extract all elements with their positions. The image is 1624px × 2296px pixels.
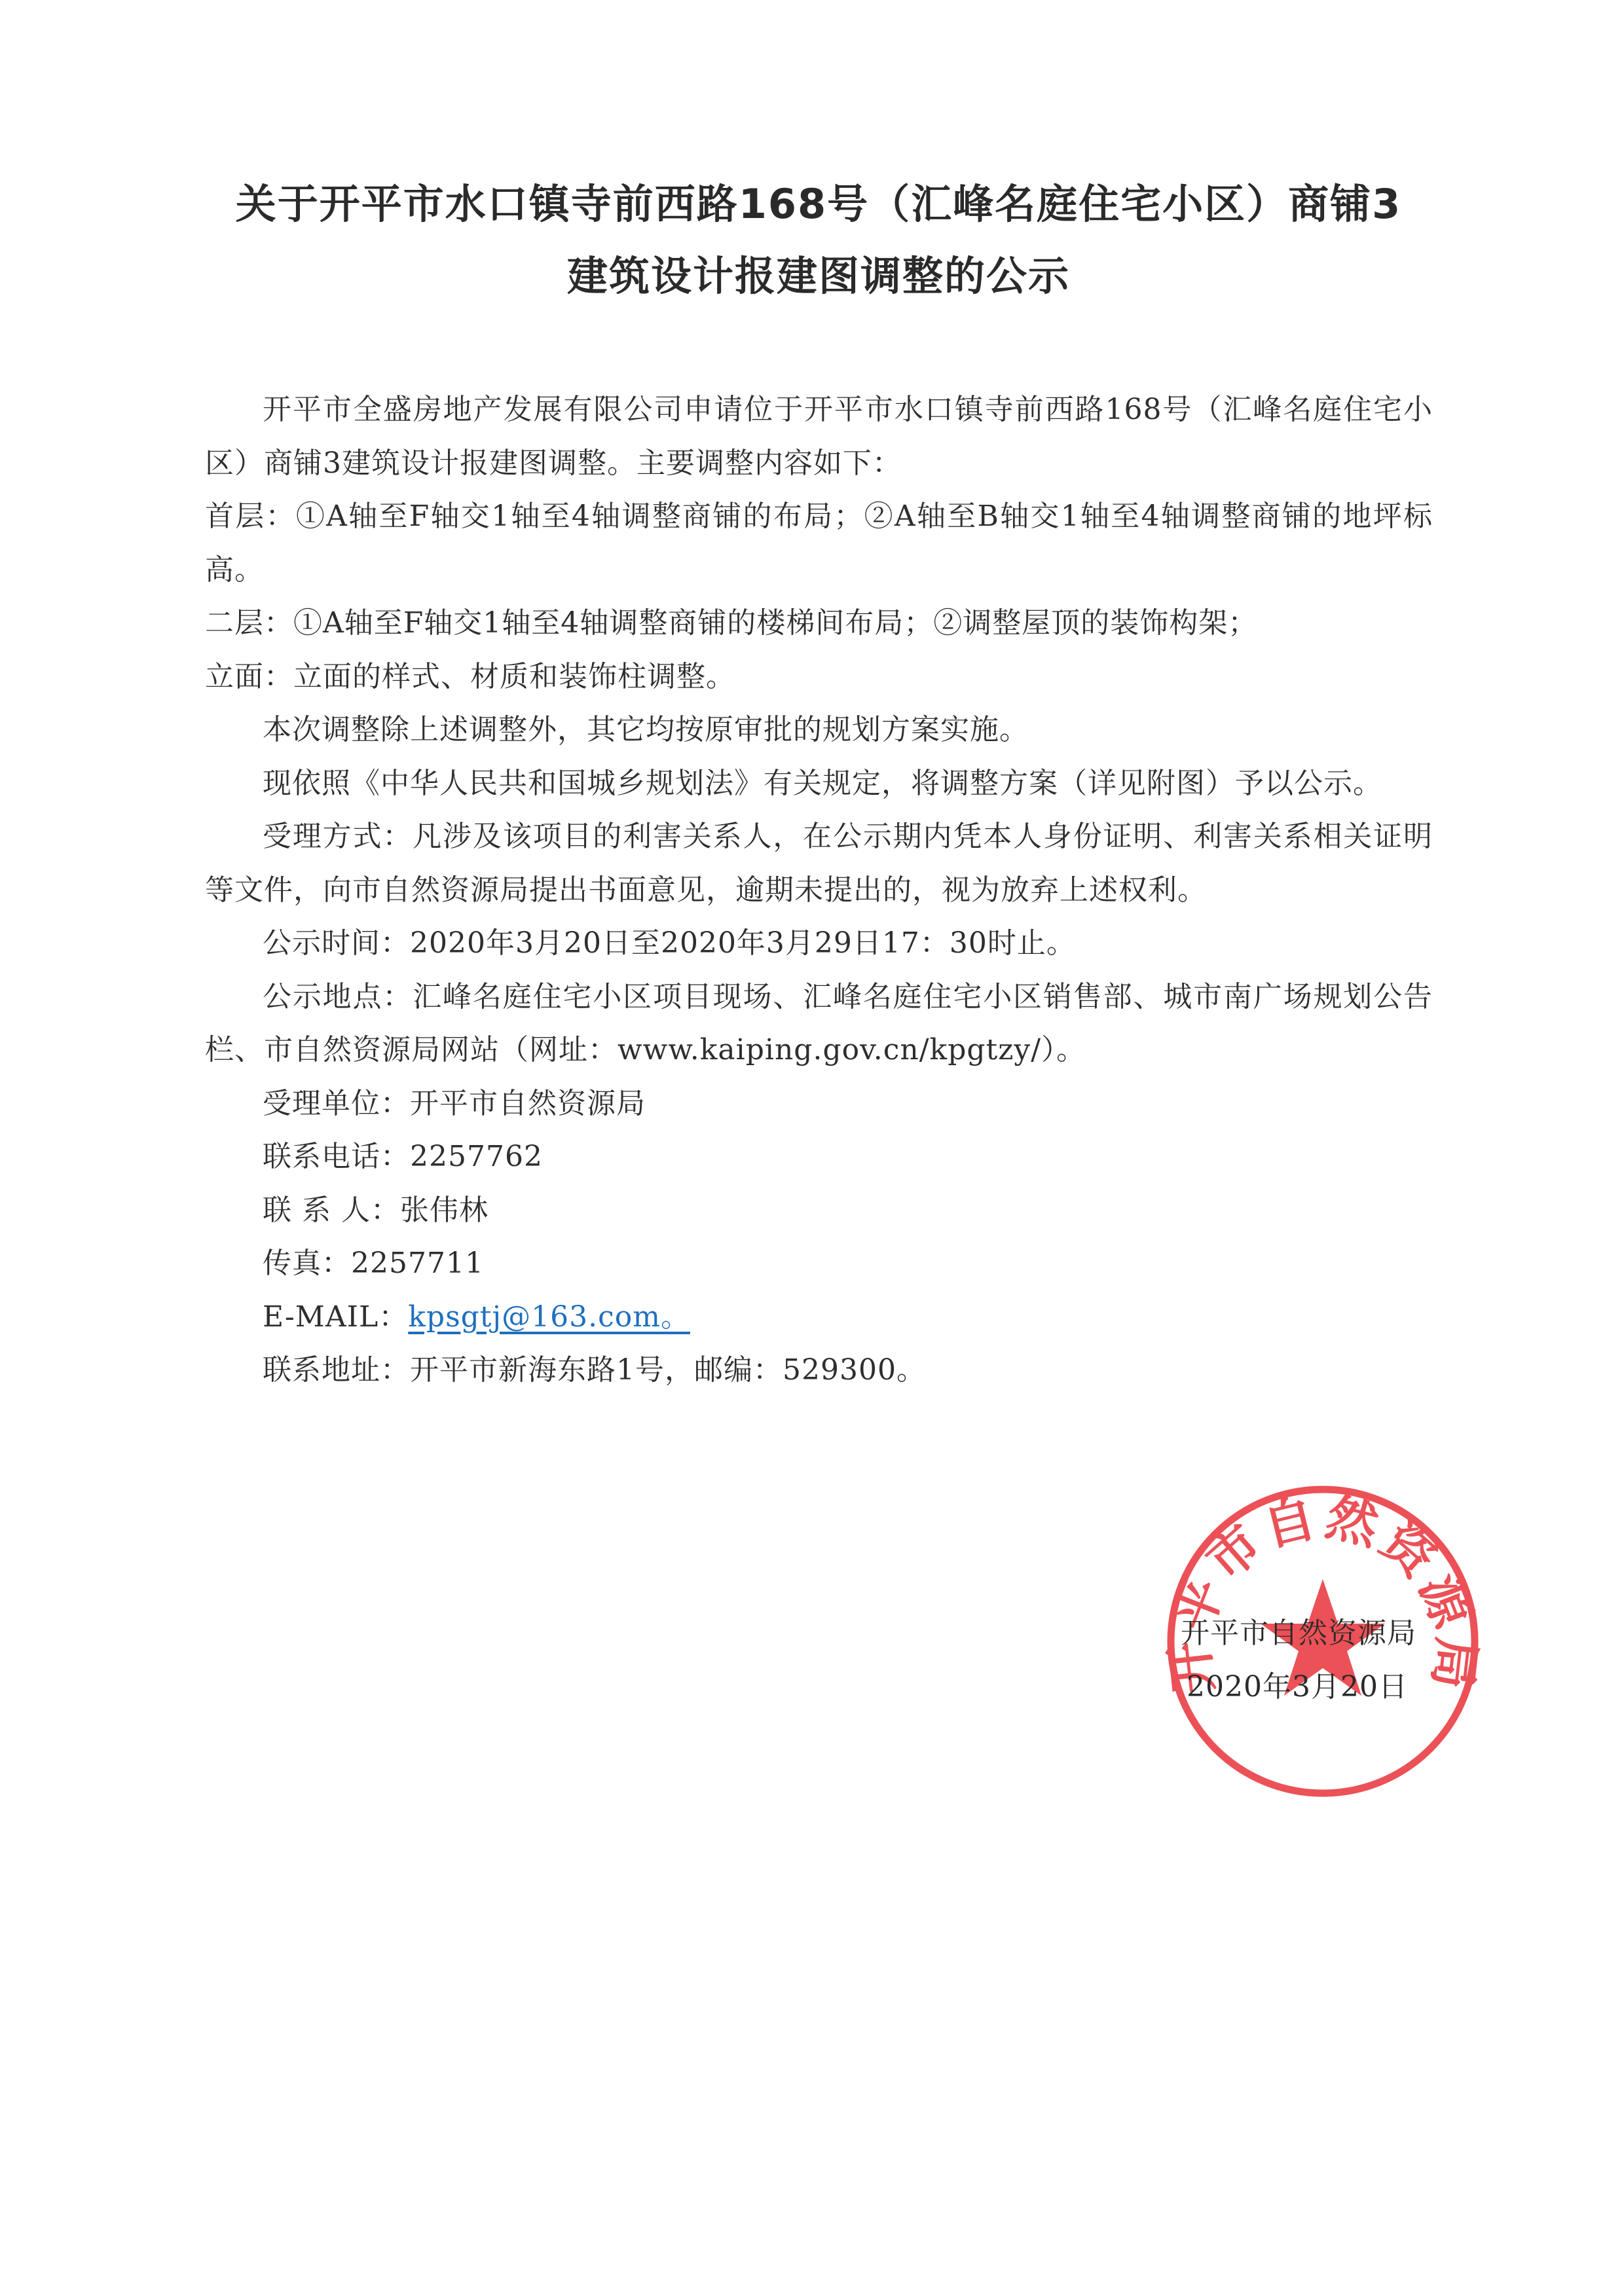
document-page: 关于开平市水口镇寺前西路168号（汇峰名庭住宅小区）商铺3 建筑设计报建图调整的… [0, 0, 1624, 2296]
paragraph-other: 本次调整除上述调整外，其它均按原审批的规划方案实施。 [205, 703, 1433, 757]
document-body: 开平市全盛房地产发展有限公司申请位于开平市水口镇寺前西路168号（汇峰名庭住宅小… [205, 383, 1433, 1397]
email-link[interactable]: kpsgtj@163.com。 [408, 1300, 690, 1334]
signature-date: 2020年3月20日 [1187, 1663, 1408, 1705]
document-title-line2: 建筑设计报建图调整的公示 [196, 244, 1441, 302]
paragraph-location: 公示地点：汇峰名庭住宅小区项目现场、汇峰名庭住宅小区销售部、城市南广场规划公告栏… [205, 970, 1433, 1077]
email-label: E-MAIL： [263, 1300, 408, 1334]
contact-person: 联 系 人：张伟林 [205, 1184, 1433, 1237]
document-title-line1: 关于开平市水口镇寺前西路168号（汇峰名庭住宅小区）商铺3 [196, 172, 1441, 230]
paragraph-intro: 开平市全盛房地产发展有限公司申请位于开平市水口镇寺前西路168号（汇峰名庭住宅小… [205, 383, 1433, 490]
paragraph-first-floor: 首层：①A轴至F轴交1轴至4轴调整商铺的布局；②A轴至B轴交1轴至4轴调整商铺的… [205, 490, 1433, 596]
paragraph-law: 现依照《中华人民共和国城乡规划法》有关规定，将调整方案（详见附图）予以公示。 [205, 757, 1433, 811]
paragraph-acceptance-method: 受理方式：凡涉及该项目的利害关系人，在公示期内凭本人身份证明、利害关系相关证明等… [205, 810, 1433, 917]
contact-phone: 联系电话：2257762 [205, 1130, 1433, 1184]
paragraph-second-floor: 二层：①A轴至F轴交1轴至4轴调整商铺的楼梯间布局；②调整屋顶的装饰构架； [205, 596, 1433, 650]
contact-email: E-MAIL：kpsgtj@163.com。 [205, 1290, 1433, 1344]
contact-fax: 传真：2257711 [205, 1237, 1433, 1290]
contact-unit: 受理单位：开平市自然资源局 [205, 1077, 1433, 1131]
contact-address: 联系地址：开平市新海东路1号，邮编：529300。 [205, 1343, 1433, 1397]
signature-organization: 开平市自然资源局 [1181, 1609, 1416, 1651]
paragraph-period: 公示时间：2020年3月20日至2020年3月29日17：30时止。 [205, 917, 1433, 970]
paragraph-elevation: 立面：立面的样式、材质和装饰柱调整。 [205, 650, 1433, 704]
